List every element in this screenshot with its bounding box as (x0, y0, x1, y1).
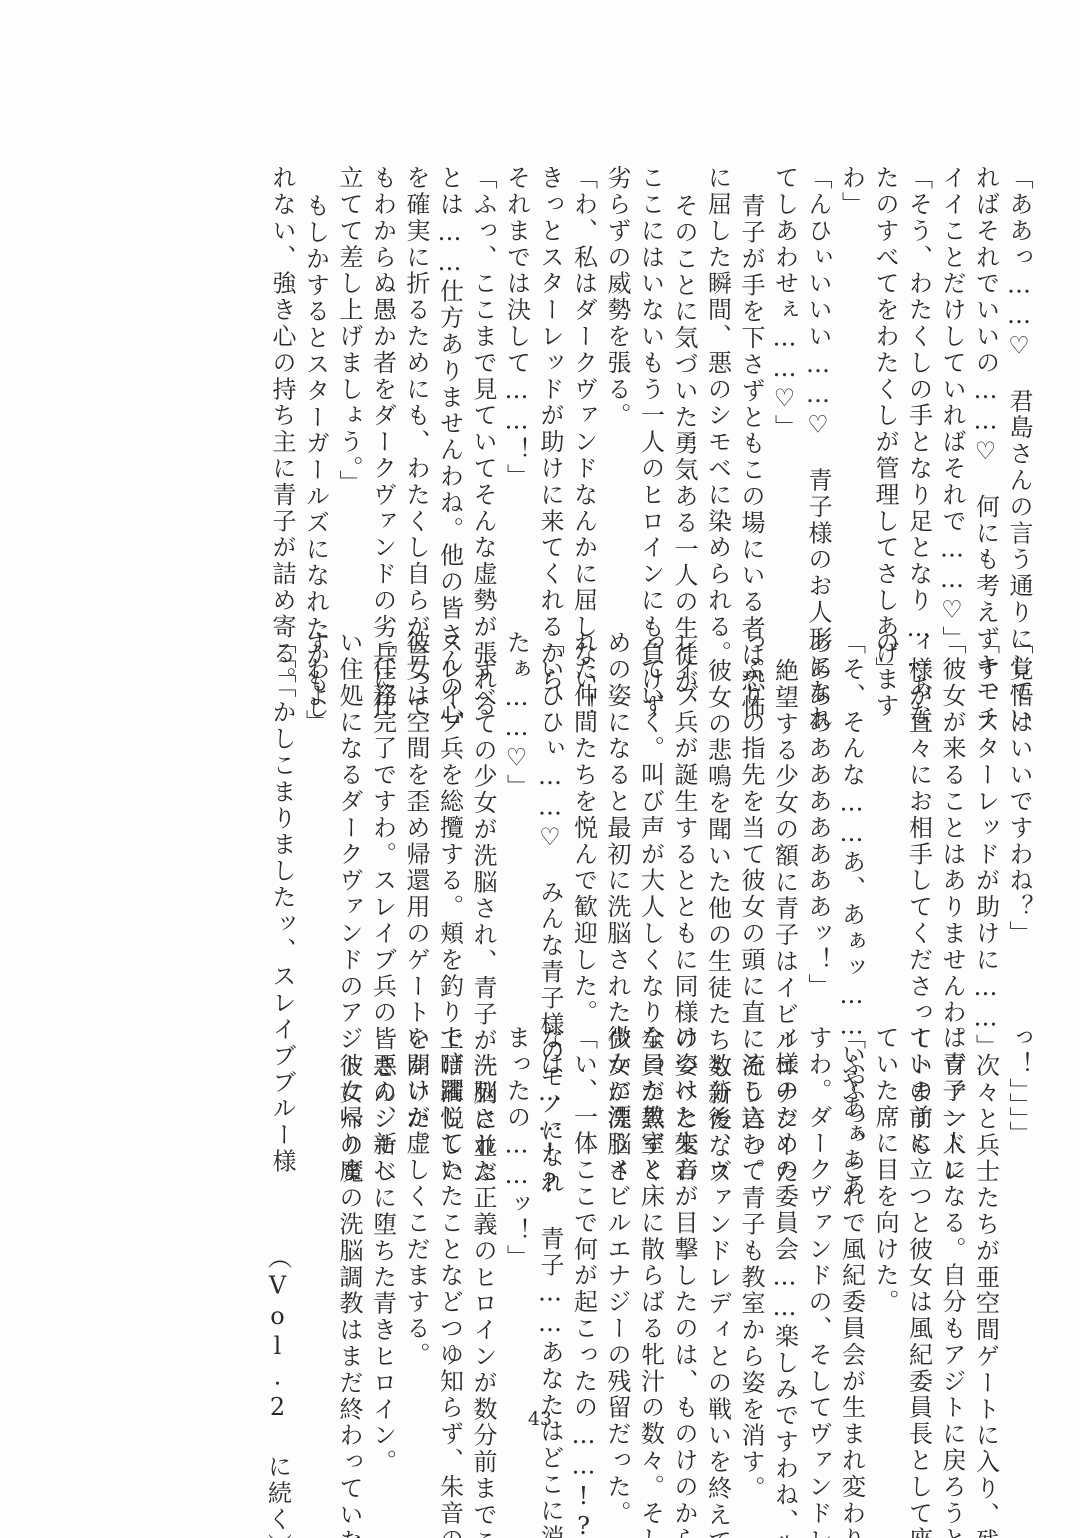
text-column: 「ああっ……♡ 君島さんの言う通りにしてい (1002, 165, 1036, 565)
text-column: すべての少女が洗脳され、青子が一列に並ぶ (466, 630, 500, 990)
text-column: いかけが虚しくこだまする。 (399, 1025, 433, 1395)
text-column: 洗脳された正義のヒロインが数分前までここ (466, 1025, 500, 1395)
text-column: ここにはいないもう一人のヒロインにも負けず (633, 165, 667, 565)
text-column: 彼女の悲鳴を聞いた他の生徒たちも新たなス (700, 630, 734, 990)
text-column: そう言って青子も教室から姿を消す。 (734, 1025, 768, 1395)
text-column: あああああああああああッ！」 (801, 630, 835, 990)
text-column: 微かに漂うイビルエナジーの残留だった。 (600, 1025, 634, 1395)
text-column: ていた席に目を向けた。 (868, 1025, 902, 1395)
text-column: 「ふふっ、これで風紀委員会が生まれ変わりま (834, 1025, 868, 1395)
text-column: 「彼女が来ることはありませんわ。ヴァンドレ (935, 630, 969, 990)
text-column: すわ。ダークヴァンドの、そしてヴァンドレデ (801, 1025, 835, 1395)
text-column: 絶望する少女の額に青子はイビルエナジーた (767, 630, 801, 990)
text-column: スレイブ兵を総攬する。頬を釣り上げ満悦した (432, 630, 466, 990)
text-column: 「そう、わたくしの手となり足となり……あな (901, 165, 935, 565)
text-band-middle: 「覚悟はいいですわね？」 「す、スターレッドが助けに……」 「彼女が来ることはあ… (45, 630, 1035, 990)
text-column: に屈した瞬間、悪のシモベに染められる。 (700, 165, 734, 565)
text-column: 「ふっ、ここまで見ていてそんな虚勢が張れる (466, 165, 500, 565)
text-column: 劣らずの威勢を張る。 (600, 165, 634, 565)
text-column: っ！」」」」 (1002, 1025, 1036, 1395)
text-column: っぷりの指先を当て彼女の頭に直に流し込む。 (734, 630, 768, 990)
text-column: なは……!? 青子……あなたはどこに消えてし (533, 1025, 567, 1395)
text-column: わ」 (834, 165, 868, 565)
text-column: まったの……ッ！」 (499, 1025, 533, 1395)
text-column: たのすべてをわたくしが管理してさしあげます (868, 165, 902, 565)
continuation-note: （Vol.2 に続く） (260, 1025, 294, 1395)
text-column: 「そ、そんな……あ、あぁッ……いやあぁああ (834, 630, 868, 990)
text-column: 彼女への魔の洗脳調教はまだ終わっていない。 (332, 1025, 366, 1395)
text-band-top: 「ああっ……♡ 君島さんの言う通りにしてい ればそれでいいの……♡ 何にも考えず… (45, 165, 1035, 565)
text-column: っていく。叫び声が大人しくなり全員が黒ずく (633, 630, 667, 990)
text-column: 次々と兵士たちが亜空間ゲートに入り、残る (968, 1025, 1002, 1395)
text-column: たぁ……♡」 (499, 630, 533, 990)
text-column: は青子一人になる。自分もアジトに戻ろうとゲ (935, 1025, 969, 1395)
text-column: 「任務完了ですわ。スレイブ兵の皆さん、新し (365, 630, 399, 990)
text-column: そのことに気づいた勇気ある一人の生徒が、 (667, 165, 701, 565)
text-column: イイことだけしていればそれで……♡」 (935, 165, 969, 565)
text-column: れた仲間たちを悦んで歓迎した。 (566, 630, 600, 990)
text-column: 悪のシモベに堕ちた青きヒロイン。 (365, 1025, 399, 1395)
text-column: きっとスターレッドが助けに来てくれるから、 (533, 165, 567, 565)
text-column: けつけた朱音が目撃したのは、ものけのからに (667, 1025, 701, 1395)
text-column: 「「「「かしこまりましたッ、スレイブブルー様 (265, 630, 299, 990)
text-column: で暗躍していたことなどつゆ知らず、朱音の問 (432, 1025, 466, 1395)
text-band-bottom: っ！」」」」 次々と兵士たちが亜空間ゲートに入り、残る は青子一人になる。自分も… (45, 1025, 1035, 1395)
text-column: レイブ兵が誕生するとともに同様の姿へと変わ (667, 630, 701, 990)
text-column: ィ様のための委員会……楽しみですわね、朱音」 (767, 1025, 801, 1395)
text-column: 「いひひぃ……♡ みんな青子様のモノになれ (533, 630, 567, 990)
text-column: 「い、一体ここで何が起こったの……!? みん (566, 1025, 600, 1395)
text-column: もしかするとスターガールズになれたかもし (298, 165, 332, 565)
text-column: ィ様が直々にお相手してくださっていますも (901, 630, 935, 990)
text-column: 青子が手を下さずともこの場にいる者は恐怖 (734, 165, 768, 565)
text-column: とは……仕方ありませんわね。他の皆さんの心 (432, 165, 466, 565)
text-column: 彼女は空間を歪め帰還用のゲートを開いた。 (399, 630, 433, 990)
text-column: れない、強き心の持ち主に青子が詰め寄る。 (265, 165, 299, 565)
text-column: 「す、スターレッドが助けに……」 (968, 630, 1002, 990)
text-column: 「んひぃいいい……♡ 青子様のお人形になれ (801, 165, 835, 565)
text-column: 数分後、ヴァンドレディとの戦いを終えて駆 (700, 1025, 734, 1395)
page-number: 43 (0, 1408, 1080, 1430)
text-column: を確実に折るためにも、わたくし自らが言って (399, 165, 433, 565)
text-column: てしあわせぇ……♡」 (767, 165, 801, 565)
text-column: なった教室と床に散らばる牝汁の数々。そして、 (633, 1025, 667, 1395)
document-page: 「ああっ……♡ 君島さんの言う通りにしてい ればそれでいいの……♡ 何にも考えず… (0, 0, 1080, 1538)
text-column: い住処になるダークヴァンドのアジトに帰りま (332, 630, 366, 990)
text-column: 「わ、私はダークヴァンドなんかに屈しない！ (566, 165, 600, 565)
text-column: ートの前に立つと彼女は風紀委員長として座っ (901, 1025, 935, 1395)
text-column: ればそれでいいの……♡ 何にも考えずキモチ (968, 165, 1002, 565)
text-column: めの姿になると最初に洗脳された少女が洗脳さ (600, 630, 634, 990)
text-column: もわからぬ愚か者をダークヴァンドの劣兵に仕 (365, 165, 399, 565)
text-column: すわよ」 (298, 630, 332, 990)
text-column: 「覚悟はいいですわね？」 (1002, 630, 1036, 990)
text-column: の」 (868, 630, 902, 990)
text-column: 立てて差し上げましょう。」 (332, 165, 366, 565)
text-column: それまでは決して……！」 (499, 165, 533, 565)
